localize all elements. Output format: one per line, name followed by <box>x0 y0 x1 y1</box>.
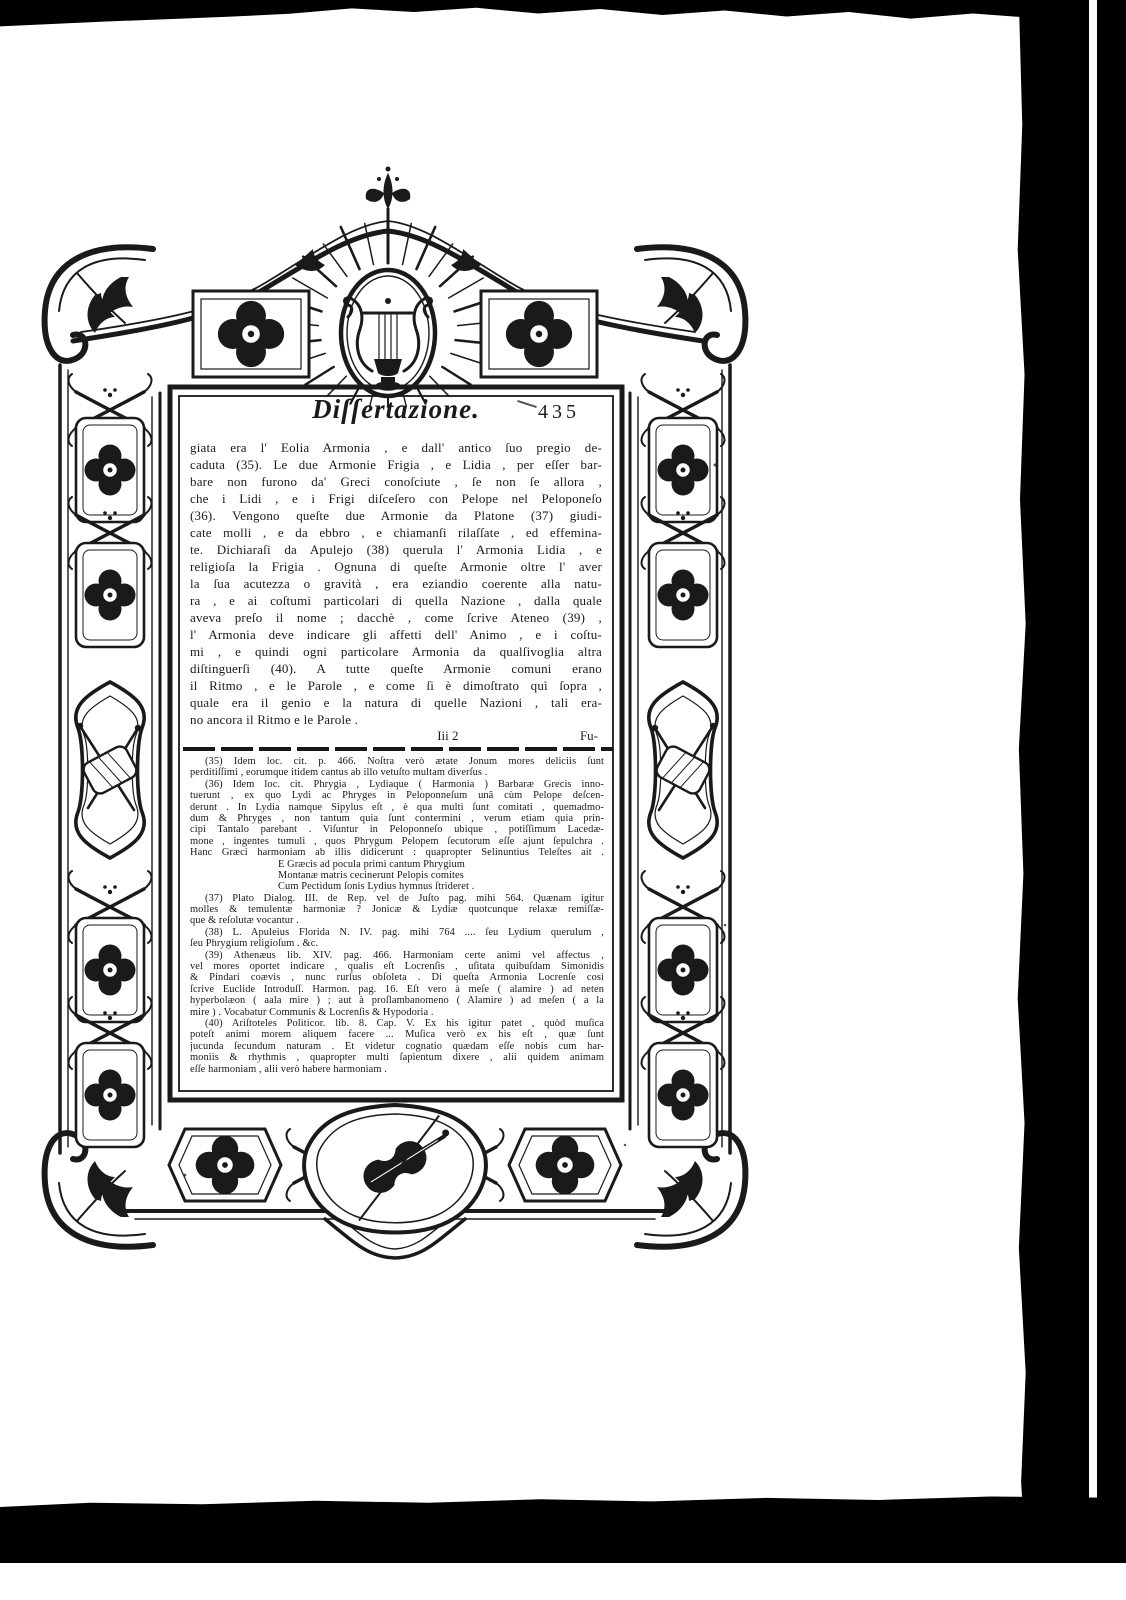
text-line: aveva preſo il nome ; dacchè , come ſcri… <box>190 609 602 626</box>
text-line: no ancora il Ritmo e le Parole . <box>190 711 602 728</box>
footnote-line: perditiſſimi , eorumque itidem cantus ab… <box>190 767 604 778</box>
text-line: cate molli , e da ebbro , e chiamanſi ri… <box>190 524 602 541</box>
text-line: (36). Vengono queſte due Armonie da Plat… <box>190 507 602 524</box>
footnote-line: Hanc Græci harmoniam ab illis didicerunt… <box>190 847 604 858</box>
footnote-line: moniis & rhythmis , quapropter multi ſap… <box>190 1052 604 1063</box>
footnote-verse-line: Cum Pectidum ſonis Lydius hymnus ſtrider… <box>190 881 604 892</box>
text-line: bare non furono da' Greci conoſciute , ſ… <box>190 473 602 490</box>
footnote-line: ſcrive Euclide Introduſſ. Harmon. pag. 1… <box>190 984 604 995</box>
text-line: te. Dichiaraſi da Apulejo (38) querula l… <box>190 541 602 558</box>
text-line: diſtinguerſi (40). A tutte queſte Armoni… <box>190 660 602 677</box>
footnote-line: que & reſolutæ vocantur . <box>190 915 604 926</box>
footnote-line: (37) Plato Dialog. III. de Rep. vel de J… <box>190 893 604 904</box>
running-head: Diſſertazione. 435 <box>190 394 602 434</box>
footnote-line: hyperbolæon ( aala mire ) ; aut à proſla… <box>190 995 604 1006</box>
top-right-rosette-panel <box>481 291 597 377</box>
text-line: giata era l' Eolia Armonia , e dall' ant… <box>190 439 602 456</box>
left-column-ornaments <box>69 374 152 1147</box>
direction-line: Iii 2 Fu- <box>190 728 602 747</box>
scan-gutter-strip <box>1089 0 1097 1560</box>
scan-edge-top <box>0 0 1035 30</box>
signature-mark: Iii 2 <box>437 728 458 744</box>
footnote-line: (35) Idem loc. cit. p. 466. Noſtra verò … <box>190 756 604 767</box>
text-line: quale era il genio e la natura di quelle… <box>190 694 602 711</box>
footnote-separator <box>183 747 613 751</box>
footnote-line: (38) L. Apuleius Florida N. IV. pag. mih… <box>190 927 604 938</box>
fleur-de-lis-finial-icon <box>366 167 411 230</box>
footnote-line: (40) Ariſtoteles Politicor. lib. 8. Cap.… <box>190 1018 604 1029</box>
violin-with-bow-icon <box>304 1105 486 1233</box>
right-column-ornaments <box>642 374 725 1147</box>
text-block: Diſſertazione. 435 giata era l' Eolia Ar… <box>190 394 602 747</box>
footnote-line: & Pindari coævis , nunc rurſus obſoleta … <box>190 972 604 983</box>
footnote-line: molles & temulentæ harmoniæ ? Jonicæ & L… <box>190 904 604 915</box>
footnote-verse-line: Montanæ matris cecinerunt Pelopis comite… <box>190 870 604 881</box>
footnote-line: ſeu Phrygium religioſum . &c. <box>190 938 604 949</box>
footnote-line: mone , ingentes tumuli , quos Phrygum Pe… <box>190 836 604 847</box>
body-text: giata era l' Eolia Armonia , e dall' ant… <box>190 439 602 747</box>
footnote-line: eſſe harmoniam , alii verò habere harmon… <box>190 1064 604 1075</box>
text-line: caduta (35). Le due Armonie Frigia , e L… <box>190 456 602 473</box>
text-line: l' Armonia deve indicare gli affetti del… <box>190 626 602 643</box>
footnote-line: (36) Idem loc. cit. Phrygia , Lydiaque (… <box>190 779 604 790</box>
text-line: ra , e ai coſtumi particolari di quella … <box>190 592 602 609</box>
page-number: 435 <box>538 401 580 424</box>
footnotes: (35) Idem loc. cit. p. 466. Noſtra verò … <box>190 756 604 1075</box>
footnote-line: poteſt animi morem aliquem facere ... Mu… <box>190 1029 604 1040</box>
scan-edge-bottom <box>0 1493 1126 1563</box>
footnote-line: jucunda ſecundum naturam . Et videtur co… <box>190 1041 604 1052</box>
catchword: Fu- <box>580 728 598 744</box>
text-line: che i Lidi , e i Frigi diſceſero con Pel… <box>190 490 602 507</box>
footnote-line: dum & Phryges , non tantum quia ſunt con… <box>190 813 604 824</box>
top-left-rosette-panel <box>193 291 309 377</box>
scan-edge-right <box>1012 0 1126 1560</box>
footnote-line: tuerunt , ex quo Lydi ac Phryges in Pelo… <box>190 790 604 801</box>
footnote-line: (39) Athenæus lib. XIV. pag. 466. Harmon… <box>190 950 604 961</box>
footnote-verse-line: E Græcis ad pocula primi cantum Phrygium <box>190 859 604 870</box>
text-line: la ſua acutezza o gravità , era eziandio… <box>190 575 602 592</box>
footnote-line: vel mores oportet indicare , qualis eſt … <box>190 961 604 972</box>
scanned-book-page: Diſſertazione. 435 giata era l' Eolia Ar… <box>0 0 1126 1600</box>
text-line: religioſa la Frigia . Ognuna di queſte A… <box>190 558 602 575</box>
footnote-line: derunt . In Lydia namque Sipylus eſt , è… <box>190 802 604 813</box>
text-line: il Ritmo , e le Parole , e come ſi è dim… <box>190 677 602 694</box>
footnote-line: mire ) . Vocabatur Communis & Locrenſis … <box>190 1007 604 1018</box>
footnote-line: cipi Tantalo parebant . Viſuntur in Pelo… <box>190 824 604 835</box>
text-line: mi , e quindi ogni particolare Armonia d… <box>190 643 602 660</box>
